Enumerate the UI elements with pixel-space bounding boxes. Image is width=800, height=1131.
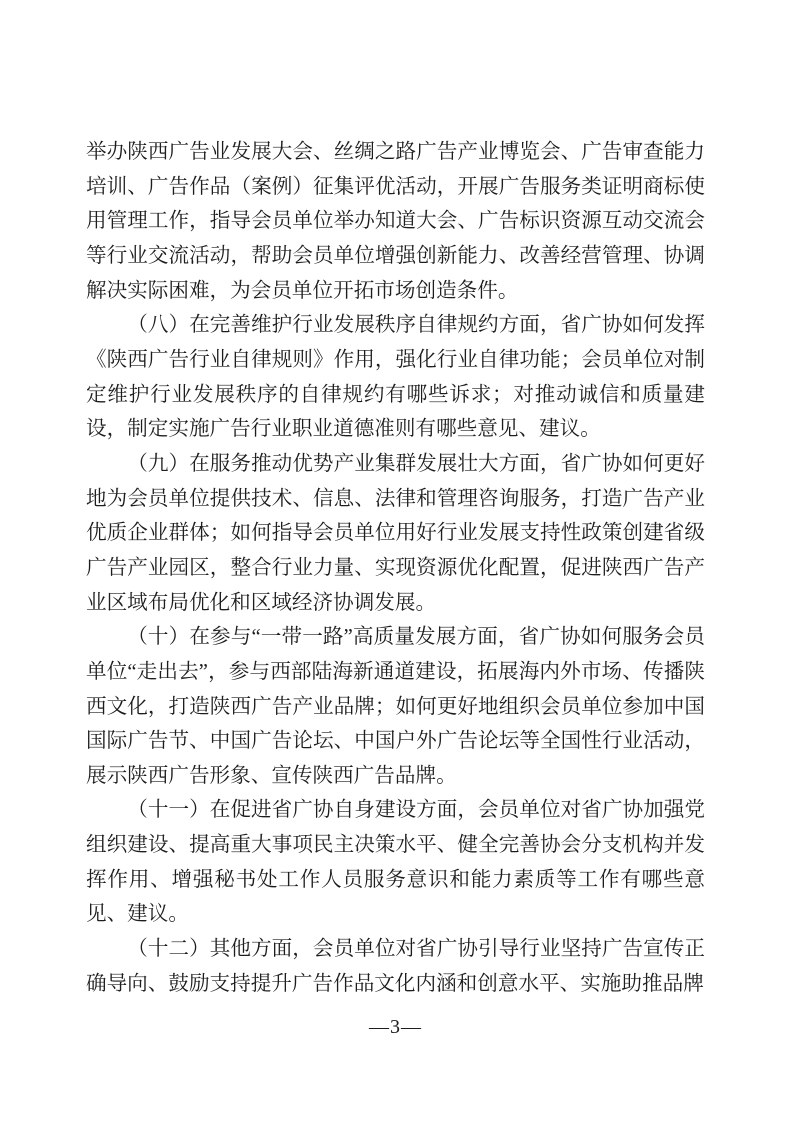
page-number: —3— (369, 1013, 422, 1041)
paragraph-item-10: （十）在参与“一带一路”高质量发展方面，省广协如何服务会员单位“走出去”，参与西… (86, 620, 705, 793)
document-page: 举办陕西广告业发展大会、丝绸之路广告产业博览会、广告审查能力培训、广告作品（案例… (0, 0, 800, 1131)
paragraph-item-11: （十一）在促进省广协自身建设方面，会员单位对省广协加强党组织建设、提高重大事项民… (86, 793, 705, 932)
paragraph-item-9: （九）在服务推动优势产业集群发展壮大方面，省广协如何更好地为会员单位提供技术、信… (86, 447, 705, 620)
page-footer: —3— (86, 1013, 705, 1041)
paragraph-item-8: （八）在完善维护行业发展秩序自律规约方面，省广协如何发挥《陕西广告行业自律规则》… (86, 308, 705, 447)
paragraph-continuation: 举办陕西广告业发展大会、丝绸之路广告产业博览会、广告审查能力培训、广告作品（案例… (86, 135, 705, 308)
document-body: 举办陕西广告业发展大会、丝绸之路广告产业博览会、广告审查能力培训、广告作品（案例… (86, 135, 705, 1001)
paragraph-item-12: （十二）其他方面，会员单位对省广协引导行业坚持广告宣传正确导向、鼓励支持提升广告… (86, 932, 705, 1001)
